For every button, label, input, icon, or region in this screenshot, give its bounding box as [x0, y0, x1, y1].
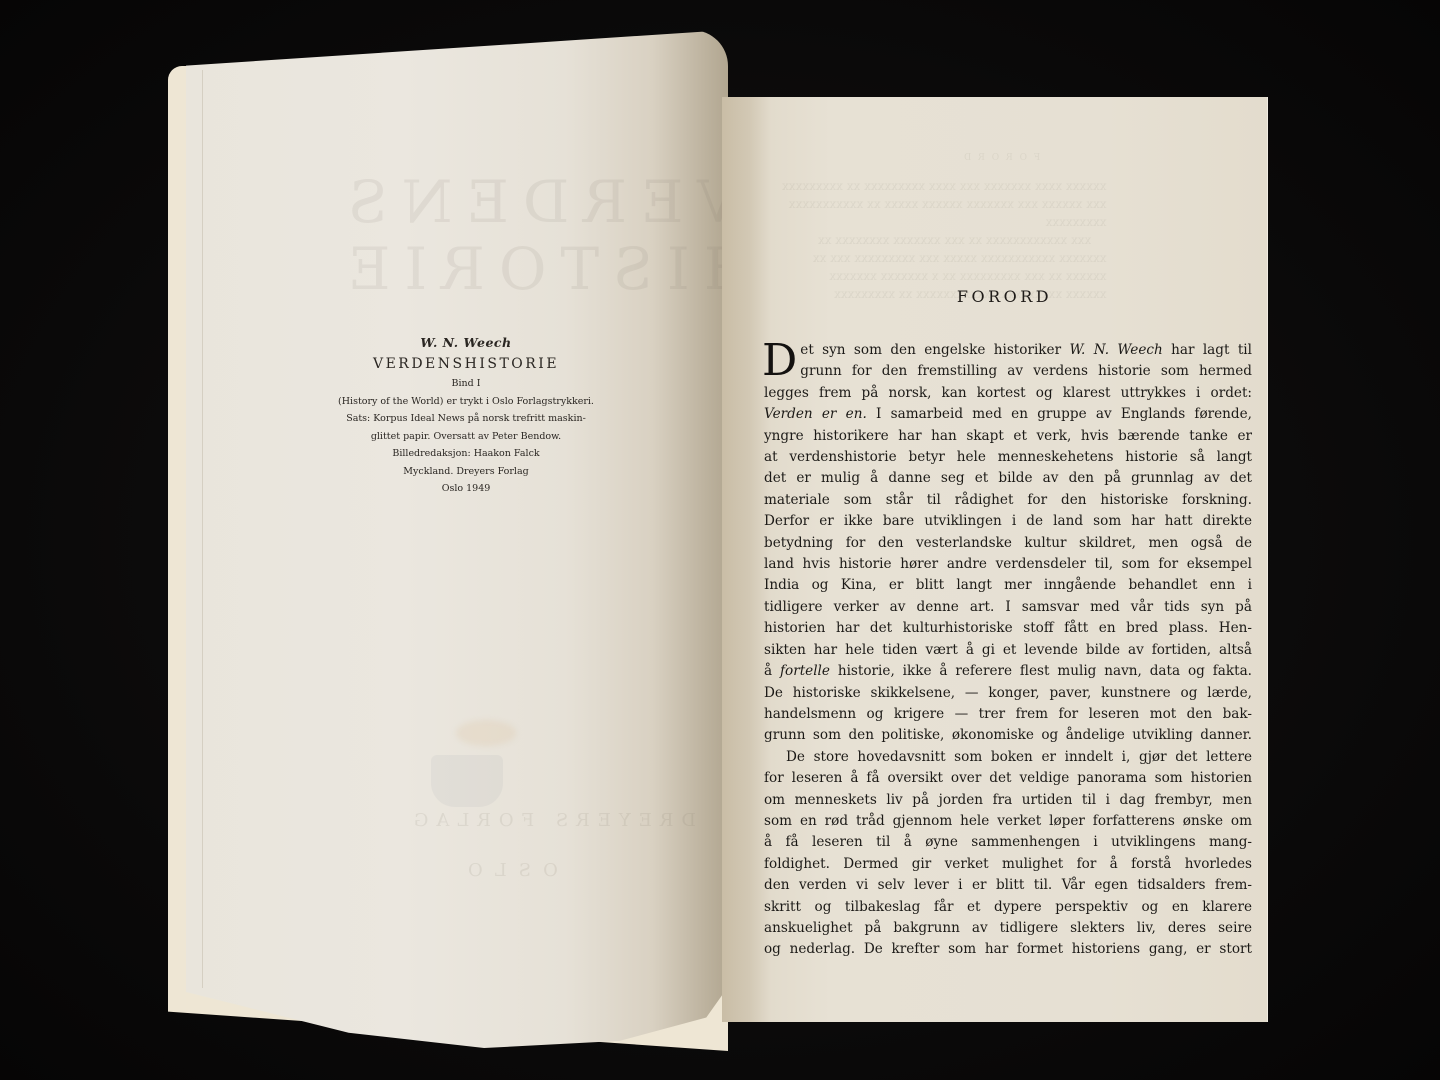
text-line: betydning for den vesterlandske kultur s… [764, 533, 1252, 554]
text-line: anskuelighet på bakgrunn av tidligere sl… [764, 918, 1252, 939]
show-through-running-head: F O R O R D [962, 149, 1040, 167]
show-through-city: OSLO [456, 860, 558, 881]
colophon-line: Sats: Korpus Ideal News på norsk trefrit… [276, 410, 656, 428]
text-line: skritt og tilbakeslag får et dypere pers… [764, 897, 1252, 918]
text-line: handelsmenn og krigere — trer frem for l… [764, 704, 1252, 725]
show-through-text: xxxxxx xxxx xxxxxxx xxx xxxx xxxxxxxxx x… [782, 177, 1106, 303]
show-through-emblem-icon [431, 755, 503, 807]
text-line: grunn som den politiske, økonomiske og å… [764, 725, 1252, 746]
show-through-title-1: VERDENS [334, 168, 728, 236]
colophon-title: VERDENSHISTORIE [276, 353, 656, 375]
text-line: historien har det kulturhistoriske stoff… [764, 618, 1252, 639]
paper-stain [456, 720, 516, 746]
show-through-publisher: DREYERS FORLAG [406, 810, 696, 831]
colophon: W. N. Weech VERDENSHISTORIE Bind I (Hist… [276, 333, 656, 498]
right-page: F O R O R D xxxxxx xxxx xxxxxxx xxx xxxx… [722, 97, 1268, 1022]
text-line: å fortelle historie, ikke å referere fle… [764, 661, 1252, 682]
text-line: sikten har hele tiden vært å gi et leven… [764, 640, 1252, 661]
text-line: foldighet. Dermed gir verket mulighet fo… [764, 854, 1252, 875]
left-page: VERDENS HISTORIE DREYERS FORLAG OSLO W. … [186, 30, 728, 1048]
text-line: legges frem på norsk, kan kortest og kla… [764, 383, 1252, 404]
text-line: et syn som den engelske historiker W. N.… [764, 340, 1252, 361]
colophon-line: glittet papir. Oversatt av Peter Bendow. [276, 428, 656, 446]
text-line: at verdenshistorie betyr hele menneskehe… [764, 447, 1252, 468]
colophon-line: Oslo 1949 [276, 480, 656, 498]
foreword-text: D et syn som den engelske historiker W. … [764, 340, 1252, 961]
text-line: tidligere verker av denne art. I samsvar… [764, 597, 1252, 618]
paragraph-2: De store hovedavsnitt som boken er innde… [764, 747, 1252, 961]
text-line: Verden er en. I samarbeid med en gruppe … [764, 404, 1252, 425]
colophon-line: Myckland. Dreyers Forlag [276, 463, 656, 481]
colophon-line: (History of the World) er trykt i Oslo F… [276, 393, 656, 411]
paragraph-1: D et syn som den engelske historiker W. … [764, 340, 1252, 747]
text-line: for leseren å få oversikt over det veldi… [764, 768, 1252, 789]
text-line: som en rød tråd gjennom hele verket løpe… [764, 811, 1252, 832]
text-line: grunn for den fremstilling av verdens hi… [764, 361, 1252, 382]
text-line: om menneskets liv på jorden fra urtiden … [764, 790, 1252, 811]
colophon-line: Billedredaksjon: Haakon Falck [276, 445, 656, 463]
page-edge-line [202, 70, 203, 988]
text-line: land hvis historie hører andre verdensde… [764, 554, 1252, 575]
text-line: De historiske skikkelsene, — konger, pav… [764, 683, 1252, 704]
text-line: materiale som står til rådighet for den … [764, 490, 1252, 511]
book-photo: VERDENS HISTORIE DREYERS FORLAG OSLO W. … [0, 0, 1440, 1080]
colophon-volume: Bind I [276, 375, 656, 393]
show-through-title-2: HISTORIE [334, 235, 728, 303]
text-line: og nederlag. De krefter som har formet h… [764, 939, 1252, 960]
drop-cap: D [762, 342, 797, 380]
colophon-author: W. N. Weech [276, 333, 656, 353]
text-line: India og Kina, er blitt langt mer inngåe… [764, 575, 1252, 596]
text-line: yngre historikere har han skapt et verk,… [764, 426, 1252, 447]
text-line: Derfor er ikke bare utviklingen i de lan… [764, 511, 1252, 532]
page-heading: FORORD [762, 287, 1247, 306]
text-line: å få leseren til å øyne sammenhengen i u… [764, 832, 1252, 853]
text-line: den verden vi selv lever i er blitt til.… [764, 875, 1252, 896]
text-line: det er mulig å danne seg et bilde av den… [764, 468, 1252, 489]
text-line: De store hovedavsnitt som boken er innde… [764, 747, 1252, 768]
